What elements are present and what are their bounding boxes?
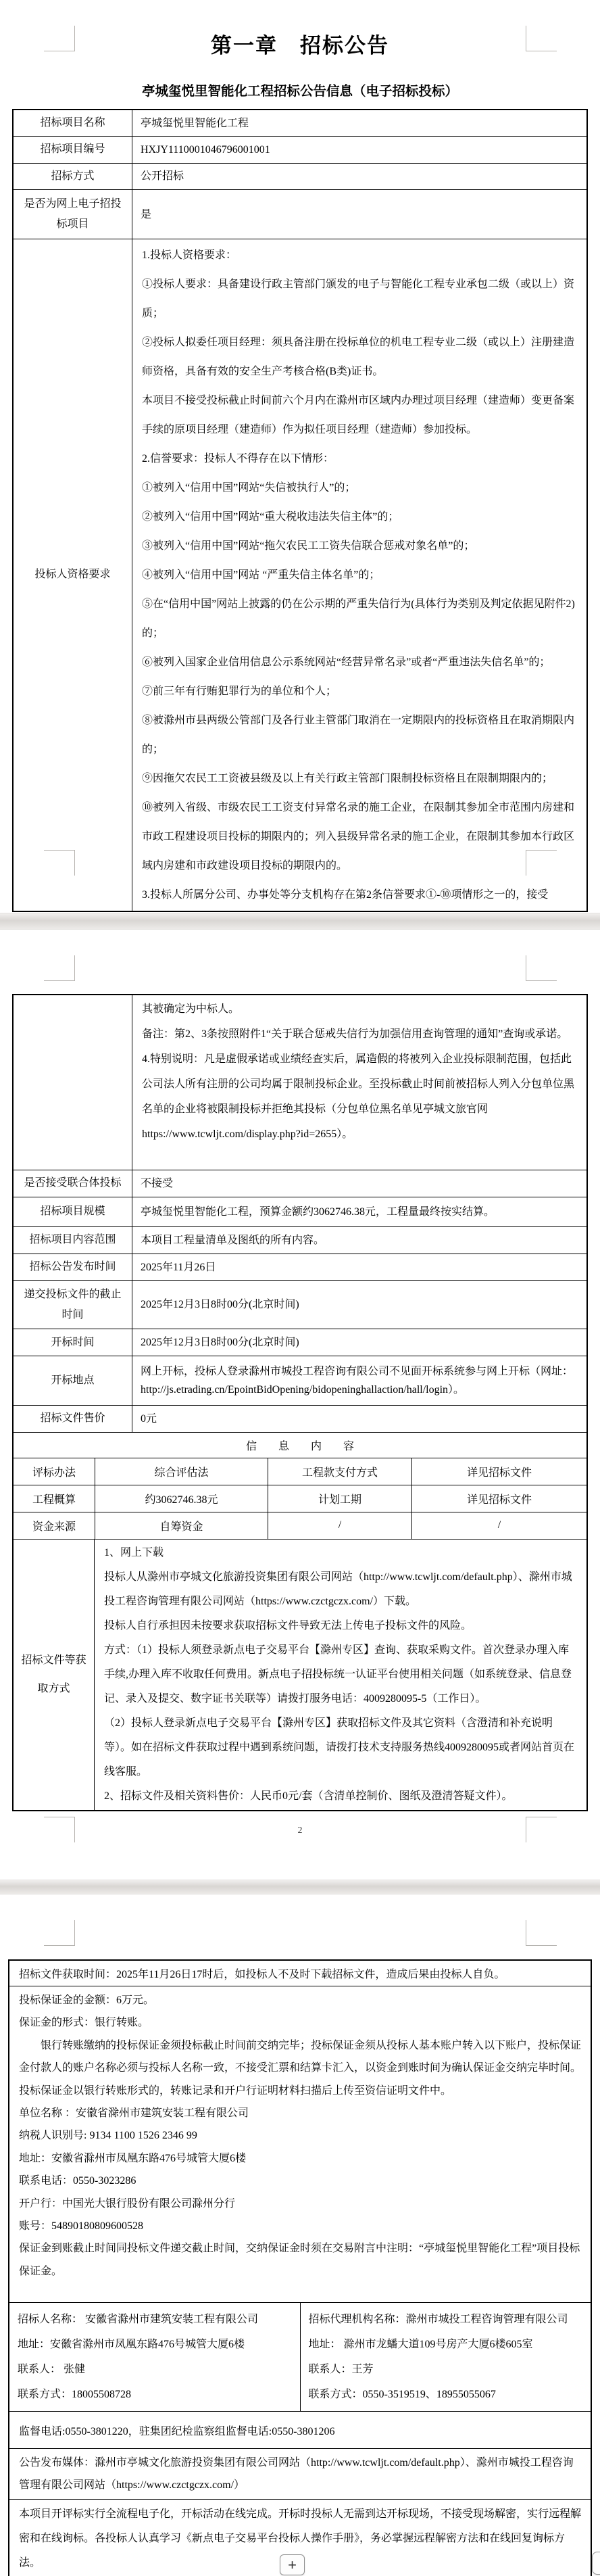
paragraph: 招标代理机构名称：滁州市城投工程咨询管理有限公司 bbox=[309, 2307, 583, 2332]
table-row-document-price: 招标文件售价 0元 bbox=[14, 1405, 586, 1431]
doc-subtitle: 亭城玺悦里智能化工程招标公告信息（电子招标投标） bbox=[0, 59, 600, 109]
paragraph: ⑧被滁州市县两级公管部门及各行业主管部门取消在一定期限内的投标资格且在取消期限内… bbox=[142, 706, 578, 764]
info-grid-row: 资金来源 自筹资金 / / bbox=[14, 1512, 586, 1539]
row-label: 投标人资格要求 bbox=[14, 239, 132, 911]
row-label: 开标地点 bbox=[14, 1356, 132, 1405]
paragraph: ⑥被列入国家企业信用信息公示系统网站“经营异常名录”或者“严重违法失信名单”的； bbox=[142, 648, 578, 677]
table-row-opening-time: 开标时间 2025年12月3日8时00分(北京时间) bbox=[14, 1329, 586, 1356]
paragraph: 开户行：中国光大银行股份有限公司滁州分行 bbox=[19, 2193, 581, 2215]
row-value: 不接受 bbox=[132, 1170, 586, 1197]
page-margin-mark bbox=[526, 955, 557, 981]
table-row-online-bidding: 是否为网上电子招投标项目 是 bbox=[14, 189, 586, 239]
paragraph: ②投标人拟委任项目经理：须具备注册在投标单位的机电工程专业二级（或以上）注册建造… bbox=[142, 328, 578, 386]
row-value: HXJY1110001046796001001 bbox=[132, 137, 586, 162]
paragraph: 3.投标人所属分公司、办事处等分支机构存在第2条信誉要求①-⑩项情形之一的，接受 bbox=[142, 880, 578, 909]
row-label: 招标项目名称 bbox=[14, 110, 132, 136]
grid-cell: 综合评估法 bbox=[95, 1458, 268, 1485]
grid-cell: / bbox=[268, 1512, 411, 1539]
deposit-text: 投标保证金的金额：6万元。保证金的形式：银行转账。 银行转账缴纳的投标保证金须投… bbox=[9, 1986, 591, 2302]
row-value: 是 bbox=[132, 190, 586, 239]
table-row-announce-media: 公告发布媒体：滁州市亭城文化旅游投资集团有限公司网站（http://www.tc… bbox=[9, 2448, 591, 2499]
page-separator bbox=[0, 913, 600, 930]
announcement-table-page3: 招标文件获取时间：2025年11月26日17时后，如投标人不及时下载招标文件，造… bbox=[8, 1959, 592, 2576]
edge-partial-button[interactable] bbox=[592, 2552, 600, 2575]
qualification-text: 1.投标人资格要求：①投标人要求：具备建设行政主管部门颁发的电子与智能化工程专业… bbox=[132, 239, 586, 911]
page-number: 2 bbox=[0, 1826, 600, 1836]
table-row-project-scope: 招标项目内容范围 本项目工程量清单及图纸的所有内容。 bbox=[14, 1226, 586, 1254]
table-row-project-name: 招标项目名称 亭城玺悦里智能化工程 bbox=[14, 110, 586, 136]
grid-cell: 评标办法 bbox=[14, 1458, 95, 1485]
chapter-title: 第一章 招标公告 bbox=[0, 0, 600, 59]
grid-cell: / bbox=[411, 1512, 586, 1539]
tenderer-panel: 招标人名称： 安徽省滁州市建筑安装工程有限公司地址：安徽省滁州市凤凰东路476号… bbox=[9, 2303, 301, 2411]
add-page-button[interactable]: + bbox=[280, 2554, 305, 2575]
paragraph: 其被确定为中标人。 bbox=[142, 997, 578, 1022]
paragraph: 投标人自行承担因未按要求获取招标文件导致无法上传电子投标文件的风险。 bbox=[104, 1614, 578, 1638]
info-grid-row: 工程概算 约3062746.38元 计划工期 详见招标文件 bbox=[14, 1485, 586, 1512]
row-label: 招标方式 bbox=[14, 164, 132, 189]
document-page-1: 第一章 招标公告 亭城玺悦里智能化工程招标公告信息（电子招标投标） 招标项目名称… bbox=[0, 0, 600, 913]
table-row-contacts: 招标人名称： 安徽省滁州市建筑安装工程有限公司地址：安徽省滁州市凤凰东路476号… bbox=[9, 2302, 591, 2411]
row-label-empty bbox=[14, 995, 132, 1170]
table-row-opening-place: 开标地点 网上开标，投标人登录滁州市城投工程咨询有限公司不见面开标系统参与网上开… bbox=[14, 1356, 586, 1405]
grid-cell: 计划工期 bbox=[268, 1485, 411, 1512]
grid-cell: 详见招标文件 bbox=[411, 1485, 586, 1512]
acquisition-text: 1、网上下载投标人从滁州市亭城文化旅游投资集团有限公司网站（http://www… bbox=[95, 1540, 586, 1810]
qualification-continued-text: 其被确定为中标人。备注：第2、3条按照附件1“关于联合惩戒失信行为加强信用查询管… bbox=[132, 995, 586, 1170]
paragraph: 1.投标人资格要求： bbox=[142, 241, 578, 270]
table-row-submission-deadline: 递交投标文件的截止时间 2025年12月3日8时00分(北京时间) bbox=[14, 1280, 586, 1329]
row-value: 0元 bbox=[132, 1406, 586, 1431]
row-label: 是否接受联合体投标 bbox=[14, 1170, 132, 1197]
paragraph: ⑤在“信用中国”网站上披露的仍在公示期的严重失信行为(具体行为类别及判定依据见附… bbox=[142, 590, 578, 648]
table-row-bid-method: 招标方式 公开招标 bbox=[14, 163, 586, 189]
row-label: 招标文件售价 bbox=[14, 1406, 132, 1431]
paragraph: ⑨因拖欠农民工工资被县级及以上有关行政主管部门限制投标资格且在限制期限内的； bbox=[142, 764, 578, 793]
row-value: 2025年12月3日8时00分(北京时间) bbox=[132, 1281, 586, 1329]
row-value: 2025年11月26日 bbox=[132, 1254, 586, 1280]
table-row-qualification-continued: 其被确定为中标人。备注：第2、3条按照附件1“关于联合惩戒失信行为加强信用查询管… bbox=[14, 995, 586, 1170]
row-label: 是否为网上电子招投标项目 bbox=[14, 190, 132, 239]
paragraph: ①被列入“信用中国”网站“失信被执行人”的； bbox=[142, 473, 578, 502]
paragraph: （2）投标人登录新点电子交易平台【滁州专区】获取招标文件及其它资料（含澄清和补充… bbox=[104, 1711, 578, 1784]
info-grid-row: 评标办法 综合评估法 工程款支付方式 详见招标文件 bbox=[14, 1458, 586, 1485]
paragraph: 地址：安徽省滁州市凤凰东路476号城管大厦6楼 bbox=[18, 2332, 292, 2357]
paragraph: 投标保证金的金额：6万元。 bbox=[19, 1989, 581, 2011]
announcement-table-page1: 招标项目名称 亭城玺悦里智能化工程 招标项目编号 HXJY11100010467… bbox=[12, 109, 588, 912]
paragraph: 联系电话：0550-3023286 bbox=[19, 2170, 581, 2192]
paragraph: 纳税人识别号: 9134 1100 1526 2346 99 bbox=[19, 2124, 581, 2147]
plus-icon: + bbox=[288, 2558, 297, 2573]
row-value: 亭城玺悦里智能化工程，预算金额约3062746.38元，工程量最终按实结算。 bbox=[132, 1197, 586, 1226]
paragraph: ③被列入“信用中国”网站“拖欠农民工工资失信联合惩戒对象名单”的； bbox=[142, 531, 578, 560]
page-margin-mark bbox=[44, 955, 75, 981]
table-row-announce-date: 招标公告发布时间 2025年11月26日 bbox=[14, 1254, 586, 1280]
paragraph: 地址：安徽省滁州市凤凰东路476号城管大厦6楼 bbox=[19, 2147, 581, 2170]
table-row-bid-deposit: 投标保证金的金额：6万元。保证金的形式：银行转账。 银行转账缴纳的投标保证金须投… bbox=[9, 1986, 591, 2302]
paragraph: 保证金的形式：银行转账。 bbox=[19, 2011, 581, 2034]
media-text: 公告发布媒体：滁州市亭城文化旅游投资集团有限公司网站（http://www.tc… bbox=[19, 2452, 581, 2496]
row-label: 招标项目内容范围 bbox=[14, 1227, 132, 1254]
paragraph: 联系方式：18005508728 bbox=[18, 2382, 292, 2407]
paragraph: 账号：54890180809600528 bbox=[19, 2215, 581, 2237]
table-row-consortium: 是否接受联合体投标 不接受 bbox=[14, 1170, 586, 1197]
grid-cell: 工程概算 bbox=[14, 1485, 95, 1512]
page-margin-mark bbox=[526, 1920, 557, 1946]
row-label: 招标公告发布时间 bbox=[14, 1254, 132, 1280]
grid-cell: 约3062746.38元 bbox=[95, 1485, 268, 1512]
grid-cell: 资金来源 bbox=[14, 1512, 95, 1539]
media-text-wrap: 公告发布媒体：滁州市亭城文化旅游投资集团有限公司网站（http://www.tc… bbox=[9, 2449, 591, 2499]
grid-cell: 详见招标文件 bbox=[411, 1458, 586, 1485]
table-row-project-number: 招标项目编号 HXJY1110001046796001001 bbox=[14, 136, 586, 162]
agency-panel: 招标代理机构名称：滁州市城投工程咨询管理有限公司地址： 滁州市龙蟠大道109号房… bbox=[301, 2303, 591, 2411]
document-page-3: 招标文件获取时间：2025年11月26日17时后，如投标人不及时下载招标文件，造… bbox=[0, 1894, 600, 2576]
table-row-document-acquisition: 招标文件等获取方式 1、网上下载投标人从滁州市亭城文化旅游投资集团有限公司网站（… bbox=[14, 1539, 586, 1810]
paragraph: ②被列入“信用中国”网站“重大税收违法失信主体”的； bbox=[142, 502, 578, 531]
doc-time-text: 招标文件获取时间：2025年11月26日17时后，如投标人不及时下载招标文件，造… bbox=[9, 1963, 591, 1984]
row-value: 2025年12月3日8时00分(北京时间) bbox=[132, 1329, 586, 1356]
grid-cell: 自筹资金 bbox=[95, 1512, 268, 1539]
paragraph: 1、网上下载 bbox=[104, 1541, 578, 1565]
table-row-supervision: 监督电话:0550-3801220，驻集团纪检监察组监督电话:0550-3801… bbox=[9, 2411, 591, 2448]
paragraph: 4.特别说明：凡是虚假承诺或业绩经查实后，属造假的将被列入企业投标限制范围，包括… bbox=[142, 1047, 578, 1147]
row-label: 开标时间 bbox=[14, 1329, 132, 1356]
paragraph: 2、招标文件及相关资料售价：人民币0元/套（含清单控制价、图纸及澄清答疑文件）。 bbox=[104, 1784, 578, 1809]
page-number: 1 bbox=[0, 859, 600, 869]
paragraph: 单位名称 ：安徽省滁州市建筑安装工程有限公司 bbox=[19, 2102, 581, 2124]
paragraph: 联系人： 张健 bbox=[18, 2357, 292, 2382]
paragraph: 投标人从滁州市亭城文化旅游投资集团有限公司网站（http://www.tcwlj… bbox=[104, 1565, 578, 1614]
document-page-2: 其被确定为中标人。备注：第2、3条按照附件1“关于联合惩戒失信行为加强信用查询管… bbox=[0, 930, 600, 1880]
table-row-qualification: 投标人资格要求 1.投标人资格要求：①投标人要求：具备建设行政主管部门颁发的电子… bbox=[14, 239, 586, 911]
grid-cell: 工程款支付方式 bbox=[268, 1458, 411, 1485]
paragraph: 招标人名称： 安徽省滁州市建筑安装工程有限公司 bbox=[18, 2307, 292, 2332]
paragraph: 本项目不接受投标截止时间前六个月内在滁州市区域内办理过项目经理（建造师）变更备案… bbox=[142, 386, 578, 444]
row-label: 递交投标文件的截止时间 bbox=[14, 1281, 132, 1329]
paragraph: 投标保证金以银行转账形式的，转账记录和开户行证明材料扫描后上传至资信证明文件中。 bbox=[19, 2080, 581, 2102]
table-row-project-scale: 招标项目规模 亭城玺悦里智能化工程，预算金额约3062746.38元，工程量最终… bbox=[14, 1197, 586, 1226]
info-content-header: 信 息 内 容 bbox=[14, 1432, 586, 1458]
row-value: 本项目工程量清单及图纸的所有内容。 bbox=[132, 1227, 586, 1254]
paragraph: 2.信誉要求：投标人不得存在以下情形： bbox=[142, 444, 578, 473]
row-value: 网上开标，投标人登录滁州市城投工程咨询有限公司不见面开标系统参与网上开标（网址：… bbox=[132, 1356, 586, 1405]
paragraph: 备注：第2、3条按照附件1“关于联合惩戒失信行为加强信用查询管理的通知”查询或承… bbox=[142, 1022, 578, 1047]
paragraph: 联系方式：0550-3519519、18955055067 bbox=[309, 2382, 583, 2407]
supervision-text: 监督电话:0550-3801220，驻集团纪检监察组监督电话:0550-3801… bbox=[9, 2420, 591, 2441]
page-separator bbox=[0, 1880, 600, 1894]
paragraph: ①投标人要求：具备建设行政主管部门颁发的电子与智能化工程专业承包二级（或以上）资… bbox=[142, 270, 578, 328]
paragraph: 银行转账缴纳的投标保证金须投标截止时间前交纳完毕；投标保证金须从投标人基本账户转… bbox=[19, 2034, 581, 2080]
announcement-table-page2: 其被确定为中标人。备注：第2、3条按照附件1“关于联合惩戒失信行为加强信用查询管… bbox=[12, 994, 588, 1811]
paragraph: 方式：（1）投标人须登录新点电子交易平台【滁州专区】查询、获取采购文件。首次登录… bbox=[104, 1638, 578, 1711]
row-label: 招标项目编号 bbox=[14, 137, 132, 162]
row-label: 招标文件等获取方式 bbox=[14, 1540, 95, 1810]
row-label: 招标项目规模 bbox=[14, 1197, 132, 1226]
paragraph: ④被列入“信用中国”网站 “严重失信主体名单”的； bbox=[142, 560, 578, 590]
paragraph: ⑦前三年有行贿犯罪行为的单位和个人； bbox=[142, 677, 578, 706]
row-value: 亭城玺悦里智能化工程 bbox=[132, 110, 586, 136]
paragraph: 地址： 滁州市龙蟠大道109号房产大厦6楼605室 bbox=[309, 2332, 583, 2357]
paragraph: 保证金到账截止时间同投标文件递交截止时间，交纳保证金时须在交易附言中注明：“亭城… bbox=[19, 2237, 581, 2283]
paragraph: 联系人：王芳 bbox=[309, 2357, 583, 2382]
table-row-doc-acquisition-time: 招标文件获取时间：2025年11月26日17时后，如投标人不及时下载招标文件，造… bbox=[9, 1961, 591, 1986]
row-value: 公开招标 bbox=[132, 164, 586, 189]
page-margin-mark bbox=[44, 1920, 75, 1946]
